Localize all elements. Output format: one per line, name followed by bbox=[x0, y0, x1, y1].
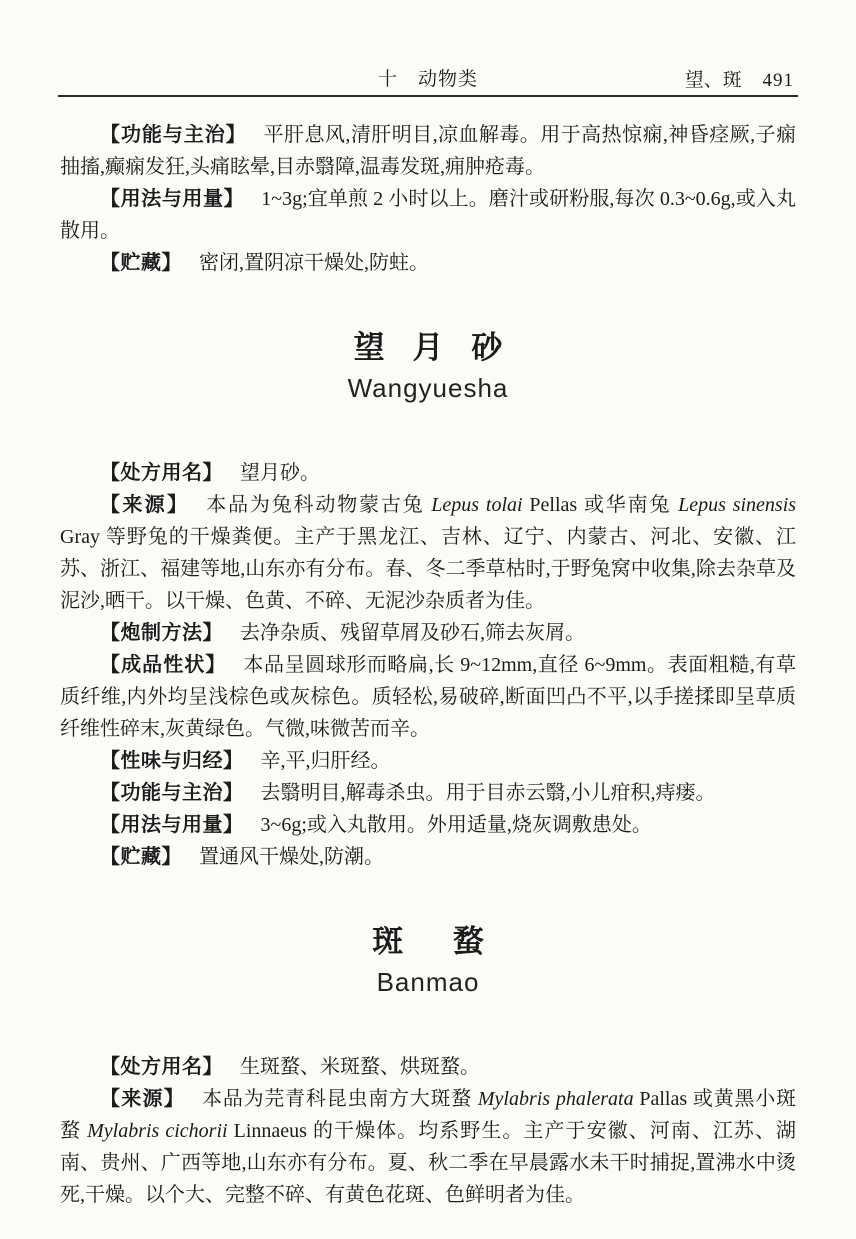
section-label: 【性味与归经】 bbox=[100, 750, 244, 772]
section-label: 【炮制方法】 bbox=[100, 622, 223, 644]
section-label: 【用法与用量】 bbox=[100, 188, 244, 210]
header-rule bbox=[58, 95, 798, 97]
section-functions-indications: 【功能与主治】平肝息风,清肝明目,凉血解毒。用于高热惊痫,神昏痉厥,子痫抽搐,癫… bbox=[60, 119, 796, 183]
source-text-segment: 本品为芫青科昆虫南方大斑蝥 bbox=[202, 1088, 478, 1110]
section-processing-method: 【炮制方法】去净杂质、残留草屑及砂石,筛去灰屑。 bbox=[60, 617, 796, 649]
entry-body-banmao: 【处方用名】生斑蝥、米斑蝥、烘斑蝥。 【来源】本品为芫青科昆虫南方大斑蝥 Myl… bbox=[60, 1051, 796, 1211]
section-text: 置通风干燥处,防潮。 bbox=[199, 846, 384, 868]
entry-title-wangyuesha: 望月砂 bbox=[60, 329, 796, 367]
entry-body-wangyuesha: 【处方用名】望月砂。 【来源】本品为兔科动物蒙古兔 Lepus tolai Pe… bbox=[60, 457, 796, 873]
section-text: 去翳明目,解毒杀虫。用于目赤云翳,小儿疳积,痔瘘。 bbox=[261, 782, 716, 804]
section-label: 【处方用名】 bbox=[100, 462, 223, 484]
page-number: 491 bbox=[763, 70, 795, 91]
book-page: 十 动物类 望、斑 491 【功能与主治】平肝息风,清肝明目,凉血解毒。用于高热… bbox=[60, 0, 796, 1211]
section-source: 【来源】本品为兔科动物蒙古兔 Lepus tolai Pellas 或华南兔 L… bbox=[60, 489, 796, 617]
section-label: 【功能与主治】 bbox=[100, 782, 244, 804]
source-text-segment: 本品为兔科动物蒙古兔 bbox=[206, 494, 431, 516]
section-storage: 【贮藏】置通风干燥处,防潮。 bbox=[60, 841, 796, 873]
section-label: 【来源】 bbox=[100, 494, 189, 516]
section-functions-indications: 【功能与主治】去翳明目,解毒杀虫。用于目赤云翳,小儿疳积,痔瘘。 bbox=[60, 777, 796, 809]
section-text: 去净杂质、残留草屑及砂石,筛去灰屑。 bbox=[240, 622, 585, 644]
header-page-info: 望、斑 491 bbox=[685, 65, 794, 92]
section-taste-meridian: 【性味与归经】辛,平,归肝经。 bbox=[60, 745, 796, 777]
source-text-segment: Pellas 或华南兔 bbox=[523, 494, 679, 516]
section-text: 辛,平,归肝经。 bbox=[261, 750, 391, 772]
latin-species-name: Mylabris phalerata bbox=[478, 1088, 634, 1110]
section-product-characters: 【成品性状】本品呈圆球形而略扁,长 9~12mm,直径 6~9mm。表面粗糙,有… bbox=[60, 649, 796, 745]
section-label: 【处方用名】 bbox=[100, 1056, 223, 1078]
section-text: 望月砂。 bbox=[240, 462, 320, 484]
section-prescription-names: 【处方用名】望月砂。 bbox=[60, 457, 796, 489]
section-prescription-names: 【处方用名】生斑蝥、米斑蝥、烘斑蝥。 bbox=[60, 1051, 796, 1083]
section-storage: 【贮藏】密闭,置阴凉干燥处,防蛀。 bbox=[60, 247, 796, 279]
section-dosage: 【用法与用量】1~3g;宜单煎 2 小时以上。磨汁或研粉服,每次 0.3~0.6… bbox=[60, 183, 796, 247]
latin-species-name: Lepus tolai bbox=[431, 494, 522, 516]
section-label: 【用法与用量】 bbox=[100, 814, 244, 836]
latin-species-name: Lepus sinensis bbox=[678, 494, 796, 516]
section-text: 密闭,置阴凉干燥处,防蛀。 bbox=[199, 252, 429, 274]
section-label: 【功能与主治】 bbox=[100, 124, 247, 146]
entry-pinyin-wangyuesha: Wangyuesha bbox=[60, 372, 796, 404]
header-entry-abbreviations: 望、斑 bbox=[685, 70, 742, 91]
running-header: 十 动物类 望、斑 491 bbox=[60, 64, 796, 98]
source-text-segment: Gray 等野兔的干燥粪便。主产于黑龙江、吉林、辽宁、内蒙古、河北、安徽、江苏、… bbox=[60, 526, 796, 612]
previous-entry-continuation: 【功能与主治】平肝息风,清肝明目,凉血解毒。用于高热惊痫,神昏痉厥,子痫抽搐,癫… bbox=[60, 119, 796, 279]
section-dosage: 【用法与用量】3~6g;或入丸散用。外用适量,烧灰调敷患处。 bbox=[60, 809, 796, 841]
section-label: 【贮藏】 bbox=[100, 846, 182, 868]
section-text: 生斑蝥、米斑蝥、烘斑蝥。 bbox=[240, 1056, 480, 1078]
section-source: 【来源】本品为芫青科昆虫南方大斑蝥 Mylabris phalerata Pal… bbox=[60, 1083, 796, 1211]
section-text: 3~6g;或入丸散用。外用适量,烧灰调敷患处。 bbox=[261, 814, 652, 836]
entry-pinyin-banmao: Banmao bbox=[60, 966, 796, 998]
latin-species-name: Mylabris cichorii bbox=[87, 1120, 227, 1142]
entry-title-banmao: 斑蝥 bbox=[60, 923, 796, 961]
section-label: 【贮藏】 bbox=[100, 252, 182, 274]
section-label: 【成品性状】 bbox=[100, 654, 226, 676]
section-label: 【来源】 bbox=[100, 1088, 185, 1110]
